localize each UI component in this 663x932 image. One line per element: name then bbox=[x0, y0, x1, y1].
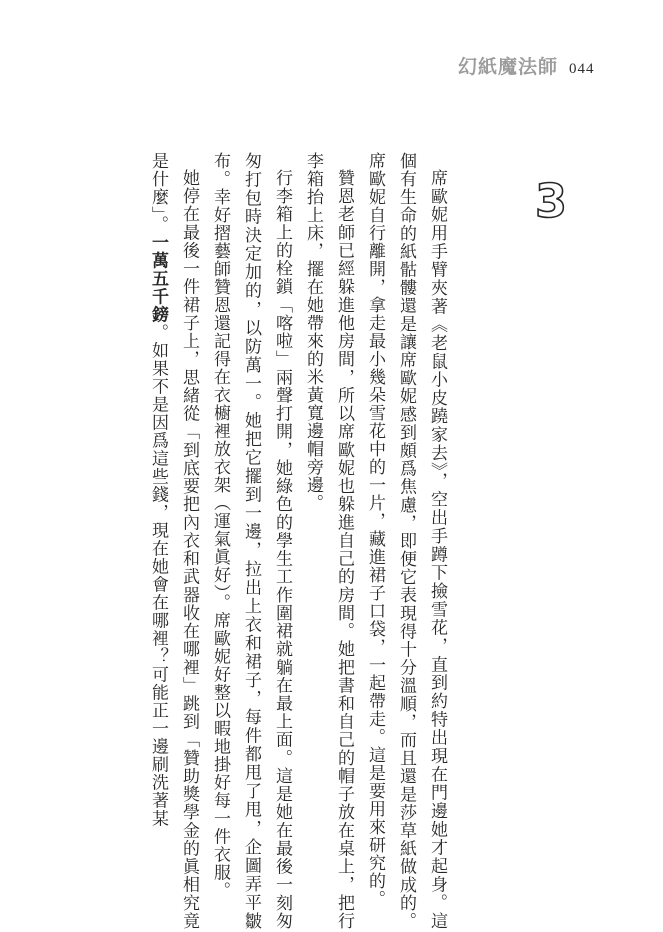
paragraph: 席歐妮用手臂夾著《老鼠小皮蹺家去》，空出手蹲下撿雪花，直到約特出現在門邊她才起身… bbox=[360, 152, 453, 930]
body-text: 席歐妮用手臂夾著《老鼠小皮蹺家去》，空出手蹲下撿雪花，直到約特出現在門邊她才起身… bbox=[79, 152, 453, 930]
book-page: 幻紙魔法師 044 3 席歐妮用手臂夾著《老鼠小皮蹺家去》，空出手蹲下撿雪花，直… bbox=[0, 0, 663, 932]
chapter-number: 3 bbox=[534, 176, 568, 226]
emphasized-amount: 一萬五千鎊 bbox=[149, 234, 168, 324]
running-head: 幻紙魔法師 044 bbox=[458, 52, 595, 79]
book-title: 幻紙魔法師 bbox=[458, 52, 558, 79]
chapter-numeral-text: 3 bbox=[535, 176, 567, 226]
paragraph: 行李箱上的栓鎖「喀啦」兩聲打開，她綠色的學生工作圍裙就躺在最上面。這是她在最後一… bbox=[205, 152, 298, 930]
paragraph: 她停在最後一件裙子上，思緒從「到底要把內衣和武器收在哪裡」跳到「贊助獎學金的眞相… bbox=[143, 152, 205, 930]
paragraph-segment: 。如果不是因爲這些錢，現在她會在哪裡？可能正一邊刷洗著某 bbox=[149, 324, 168, 828]
paragraph: 贊恩老師已經躲進他房間，所以席歐妮也躲進自己的房間。她把書和自己的帽子放在桌上，… bbox=[298, 152, 360, 930]
chapter-numeral-outline: 3 bbox=[534, 176, 568, 226]
page-number: 044 bbox=[569, 61, 595, 78]
